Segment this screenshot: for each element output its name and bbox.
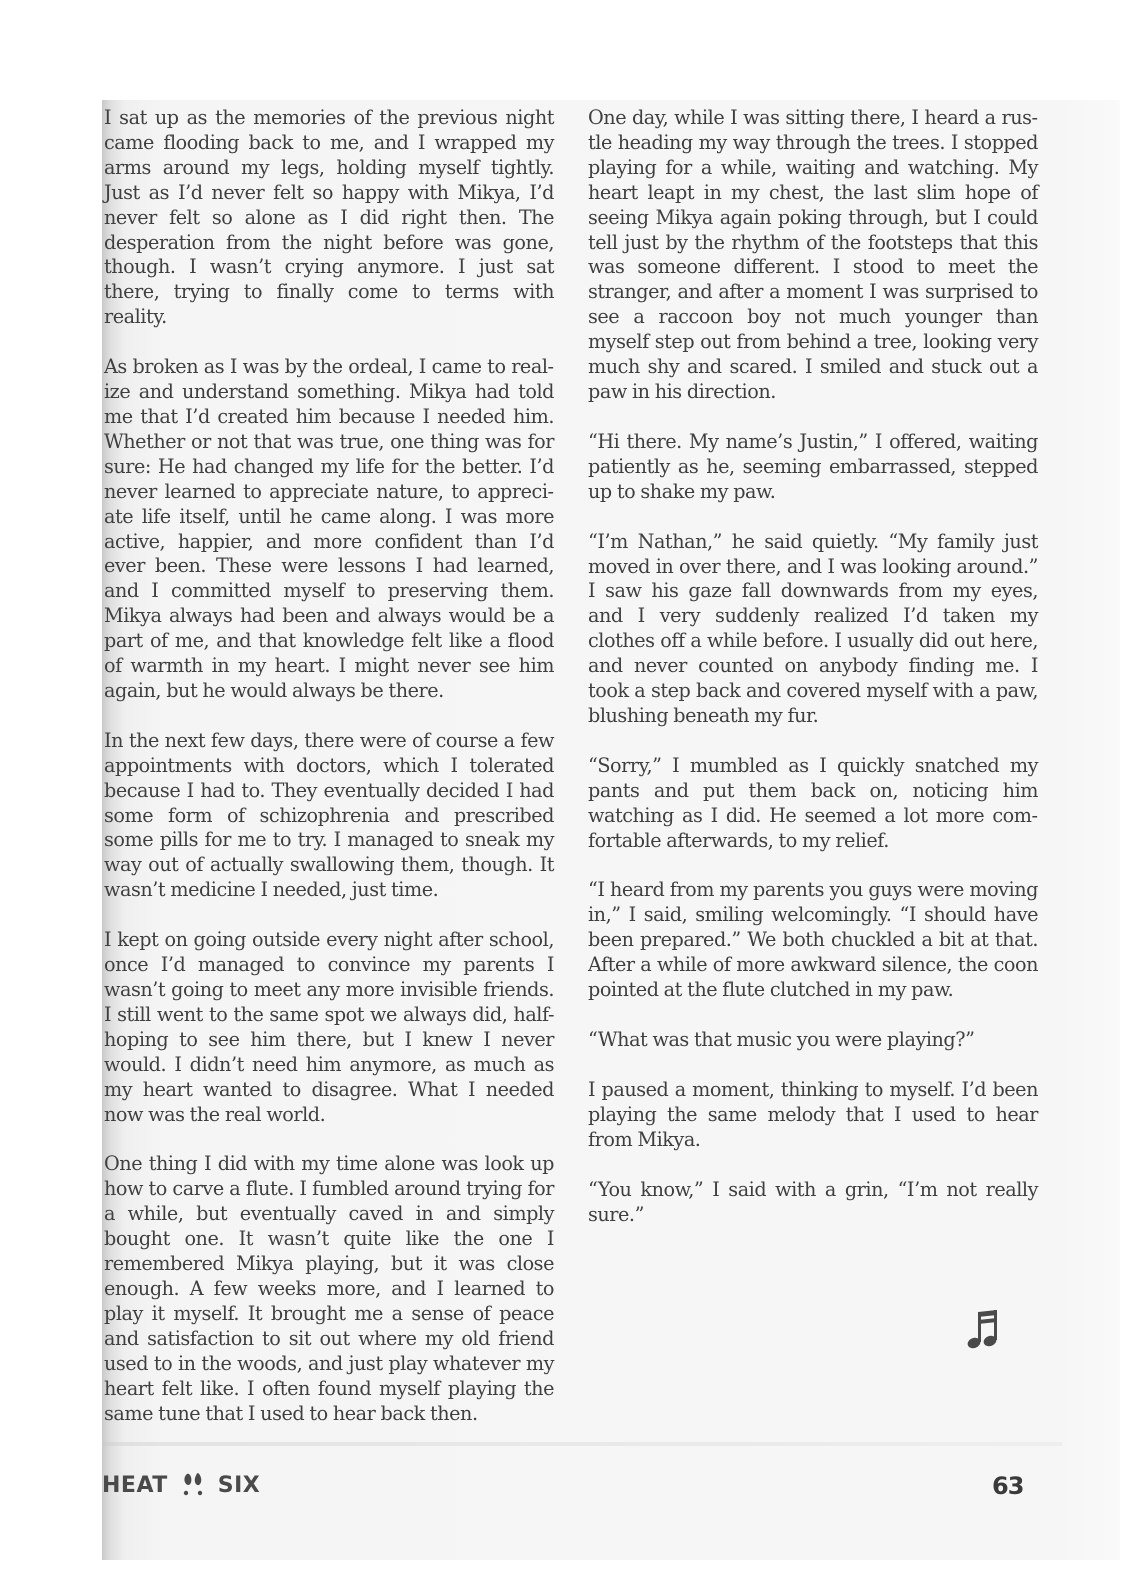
paragraph: “I heard from my parents you guys were m… [588, 878, 1038, 1003]
footer-divider [102, 1442, 1062, 1446]
publication-name-six: SIX [218, 1473, 261, 1498]
publication-footer: HEAT SIX [102, 1472, 260, 1498]
paragraph: I paused a moment, thinking to myself. I… [588, 1078, 1038, 1153]
paragraph: One day, while I was sitting there, I he… [588, 106, 1038, 405]
left-text-column: I sat up as the memories of the previous… [104, 106, 554, 1426]
beamed-sixteenth-notes-icon [966, 1310, 1000, 1350]
paragraph: “What was that music you were playing?” [588, 1028, 1038, 1053]
paragraph: As broken as I was by the ordeal, I came… [104, 355, 554, 704]
page-number: 63 [992, 1472, 1023, 1500]
paragraph: “You know,” I said with a grin, “I’m not… [588, 1178, 1038, 1228]
magazine-page: I sat up as the memories of the previous… [102, 100, 1120, 1560]
right-text-column: One day, while I was sitting there, I he… [588, 106, 1038, 1227]
publication-name-heat: HEAT [102, 1473, 168, 1498]
paragraph: “I’m Nathan,” he said quietly. “My famil… [588, 530, 1038, 729]
paragraph: In the next few days, there were of cour… [104, 729, 554, 903]
paragraph: One thing I did with my time alone was l… [104, 1152, 554, 1426]
paw-print-icon [182, 1472, 204, 1498]
paragraph: “Sorry,” I mumbled as I quickly snatched… [588, 754, 1038, 854]
paragraph: “Hi there. My name’s Justin,” I offered,… [588, 430, 1038, 505]
paragraph: I kept on going outside every night afte… [104, 928, 554, 1127]
paragraph: I sat up as the memories of the previous… [104, 106, 554, 330]
